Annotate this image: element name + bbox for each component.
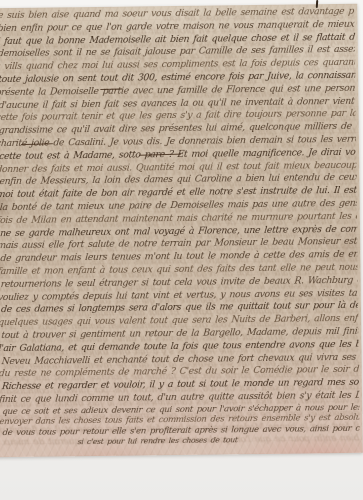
letter-paper-sheet: si c'est pour lui rendre les choses de t… [0, 4, 363, 457]
handwriting-line: si c'est pour lui rendre les choses de t… [0, 434, 360, 449]
scanned-letter-page: si c'est pour lui rendre les choses de t… [0, 0, 363, 500]
handwriting-text-layer: Je suis bien aise quand ma soeur vous di… [0, 6, 360, 449]
